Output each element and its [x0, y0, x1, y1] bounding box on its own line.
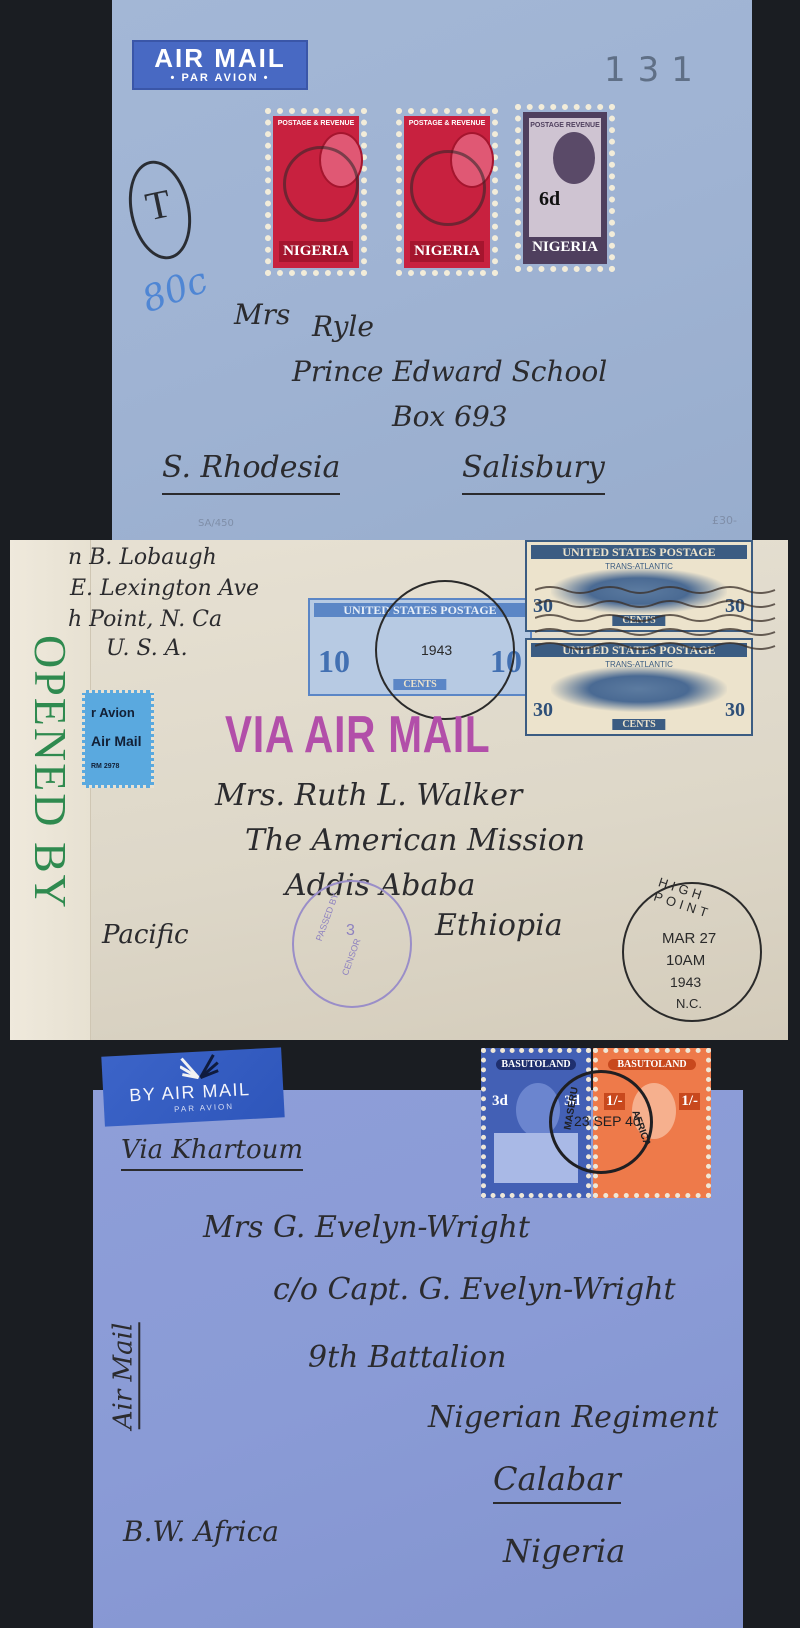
- stamp-value: 30: [725, 699, 745, 722]
- address-line: Prince Edward School: [292, 355, 607, 388]
- postmark-year: 1943: [670, 974, 701, 990]
- stamp-country: NIGERIA: [410, 241, 484, 262]
- stamp-nigeria-6d: POSTAGE REVENUE 6d NIGERIA: [515, 104, 615, 272]
- address-line: Nigerian Regiment: [428, 1400, 718, 1435]
- sticker-line: r Avion: [91, 705, 135, 720]
- sender-line: U. S. A.: [106, 636, 188, 661]
- stamp-header: POSTAGE & REVENUE: [404, 120, 490, 127]
- winged-globe-icon: [551, 666, 727, 712]
- address-line: S. Rhodesia: [162, 450, 340, 495]
- sticker-line: Air Mail: [91, 733, 142, 749]
- wing-logo-icon: [179, 1053, 220, 1083]
- stamp-value: 30: [533, 699, 553, 722]
- address-line: Mrs G. Evelyn-Wright: [203, 1210, 530, 1245]
- par-avion-subtitle: PAR AVION: [174, 1102, 234, 1114]
- region-note: B.W. Africa: [123, 1515, 279, 1548]
- address-line: Salisbury: [462, 450, 605, 495]
- air-mail-title: AIR MAIL: [134, 44, 306, 72]
- envelope-usa: OPENED BY r Avion Air Mail RM 2978 n B. …: [10, 540, 788, 1040]
- envelope-nigeria: AIR MAIL • PAR AVION • 131 POSTAGE & REV…: [112, 0, 752, 540]
- by-air-mail-label: BY AIR MAIL PAR AVION: [101, 1047, 284, 1126]
- address-line: 9th Battalion: [308, 1340, 507, 1375]
- air-mail-sticker: r Avion Air Mail RM 2978: [82, 690, 154, 788]
- stamp-value: 10: [318, 643, 350, 680]
- postmark-state: N.C.: [676, 996, 702, 1011]
- postmark-partial: 1943: [375, 580, 515, 720]
- pencil-number: 131: [604, 50, 705, 90]
- address-line: Nigeria: [503, 1532, 625, 1570]
- tax-mark-oval: T: [120, 155, 199, 265]
- via-air-mail-handstamp: VIA AIR MAIL: [225, 705, 490, 765]
- stamp-header: UNITED STATES POSTAGE: [531, 545, 747, 559]
- censor-handstamp: PASSED BY 3 CENSOR: [292, 880, 412, 1008]
- address-line: Calabar: [493, 1460, 621, 1504]
- maseru-postmark: MASERU 23 SEP 40 AFRICA: [549, 1070, 653, 1174]
- stamp-value: 1/-: [679, 1093, 700, 1110]
- postmark-circle: [283, 146, 359, 222]
- stamp-country: NIGERIA: [279, 241, 353, 262]
- stamp-country: BASUTOLAND: [496, 1059, 576, 1070]
- sender-line: E. Lexington Ave: [70, 576, 259, 601]
- stamp-value: 6d: [539, 188, 560, 211]
- tax-mark: T: [141, 179, 175, 230]
- pencil-reference: SA/450: [198, 518, 234, 529]
- address-line: c/o Capt. G. Evelyn-Wright: [273, 1272, 676, 1307]
- postmark-date: MAR 27: [662, 930, 716, 947]
- pencil-price: £30-: [712, 514, 737, 527]
- address-line: Ethiopia: [435, 908, 563, 943]
- censor-line: CENSOR: [340, 937, 363, 977]
- stamp-header: POSTAGE & REVENUE: [273, 120, 359, 127]
- high-point-postmark: HIGH POINT MAR 27 10AM 1943 N.C.: [622, 882, 762, 1022]
- side-note: Air Mail: [108, 1323, 140, 1430]
- stamp-value: 3d: [492, 1093, 508, 1110]
- blue-crayon-mark: 80c: [137, 260, 213, 321]
- machine-cancel-lines: [535, 580, 785, 660]
- postmark-year: 1943: [421, 642, 452, 658]
- route-note: Via Khartoum: [121, 1135, 303, 1171]
- address-line: Ryle: [312, 310, 374, 343]
- censor-line: PASSED BY: [314, 892, 341, 943]
- par-avion-subtitle: • PAR AVION •: [134, 72, 306, 85]
- sticker-line: RM 2978: [91, 763, 119, 770]
- postmark-circle: [410, 150, 486, 226]
- stamp-nigeria-1d: POSTAGE & REVENUE NIGERIA: [265, 108, 367, 276]
- side-note: Pacific: [102, 920, 189, 950]
- stamp-denomination: CENTS: [612, 719, 665, 730]
- address-line: Mrs: [234, 298, 290, 331]
- address-line: The American Mission: [245, 823, 585, 858]
- postmark-time: 10AM: [666, 952, 705, 969]
- envelope-basutoland: BY AIR MAIL PAR AVION Via Khartoum BASUT…: [93, 1090, 743, 1628]
- king-portrait: [553, 132, 595, 184]
- sender-line: n B. Lobaugh: [68, 545, 217, 570]
- address-line: Mrs. Ruth L. Walker: [215, 778, 522, 813]
- stamp-country: BASUTOLAND: [608, 1059, 696, 1070]
- air-mail-label: AIR MAIL • PAR AVION •: [132, 40, 308, 90]
- postmark-town: HIGH POINT: [652, 874, 762, 935]
- censor-tape-text: OPENED BY: [20, 635, 80, 1035]
- address-line: Box 693: [392, 400, 508, 433]
- stamp-country: NIGERIA: [529, 237, 601, 258]
- stamp-nigeria-1d: POSTAGE & REVENUE NIGERIA: [396, 108, 498, 276]
- stamp-header: POSTAGE REVENUE: [529, 122, 601, 129]
- sender-line: h Point, N. Ca: [68, 607, 222, 632]
